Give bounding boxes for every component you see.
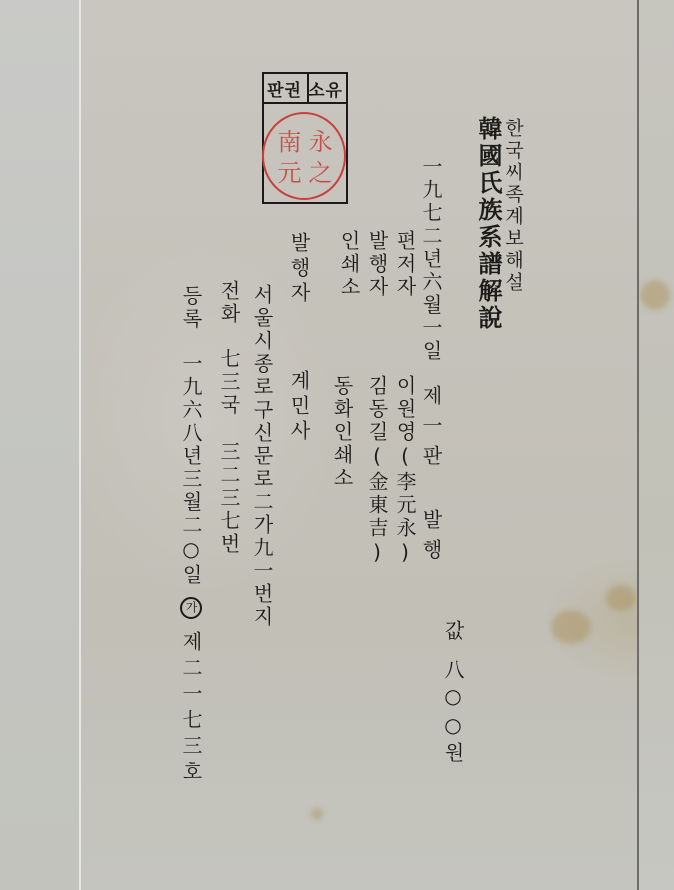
copyright-header-right: 소유	[305, 76, 346, 101]
copyright-header: 판권 소유	[264, 74, 346, 104]
seal-glyph: 南	[274, 126, 305, 157]
credit-publisher-hanja: (金東吉)	[365, 444, 389, 567]
price: 값八○○원	[443, 620, 463, 767]
page-border-line	[637, 0, 639, 890]
copyright-header-left: 판권	[264, 76, 305, 101]
credit-publishing-house-role: 발행자	[289, 232, 309, 307]
publication-date: 一九七二년六월一일제一판 발행	[421, 156, 441, 569]
phone-number: 三二三七번	[217, 441, 241, 556]
registration-date: 一九六八년三월二○일	[179, 353, 203, 587]
credit-editor-hanja: (李元永)	[393, 444, 417, 567]
seal-glyphs: 南 永 元 之	[274, 126, 336, 188]
adjacent-page-strip	[638, 0, 674, 890]
seal-glyph: 永	[305, 126, 336, 157]
credit-publisher-hangul: 김동길	[365, 375, 389, 444]
credit-publisher-role: 발행자	[367, 230, 387, 299]
red-seal-icon: 南 永 元 之	[262, 112, 346, 200]
credit-editor-hangul: 이원영	[393, 375, 417, 444]
credit-printer-name: 동화인쇄소	[332, 375, 352, 490]
seal-glyph: 元	[274, 157, 305, 188]
paper-stain	[551, 610, 591, 644]
paper-stain	[311, 808, 323, 820]
title-hangul: 한국씨족계보해설	[503, 118, 522, 294]
credit-publisher-name: 김동길(金東吉)	[367, 375, 387, 567]
registration-label: 등록	[179, 285, 203, 331]
price-amount: 八○○원	[441, 659, 465, 767]
edition-text: 제一판 발행	[419, 385, 443, 569]
phone-line: 전화七三국三二三七번	[219, 280, 239, 556]
registration-mark-icon: 가	[180, 597, 202, 619]
registration-number: 제二一七三호	[179, 631, 203, 787]
credit-editor-role: 편저자	[395, 230, 415, 299]
phone-exchange: 七三국	[217, 348, 241, 417]
stamp-divider	[307, 74, 309, 102]
title-hanja: 韓國氏族系譜解說	[476, 116, 500, 332]
phone-label: 전화	[217, 280, 241, 326]
paper-stain	[640, 280, 670, 310]
paper-stain	[606, 585, 636, 611]
credit-editor-name: 이원영(李元永)	[395, 375, 415, 567]
credit-printer-role: 인쇄소	[339, 230, 359, 299]
publication-date-text: 一九七二년六월一일	[419, 156, 443, 363]
price-label: 값	[441, 620, 465, 645]
seal-glyph: 之	[305, 157, 336, 188]
credit-publishing-house-name: 계민사	[289, 370, 309, 445]
colophon-page	[81, 0, 638, 890]
registration-line: 등록一九六八년三월二○일가제二一七三호	[180, 285, 202, 787]
background-surface-left	[0, 0, 80, 890]
publisher-address: 서울시종로구신문로二가九一번지	[252, 284, 272, 629]
